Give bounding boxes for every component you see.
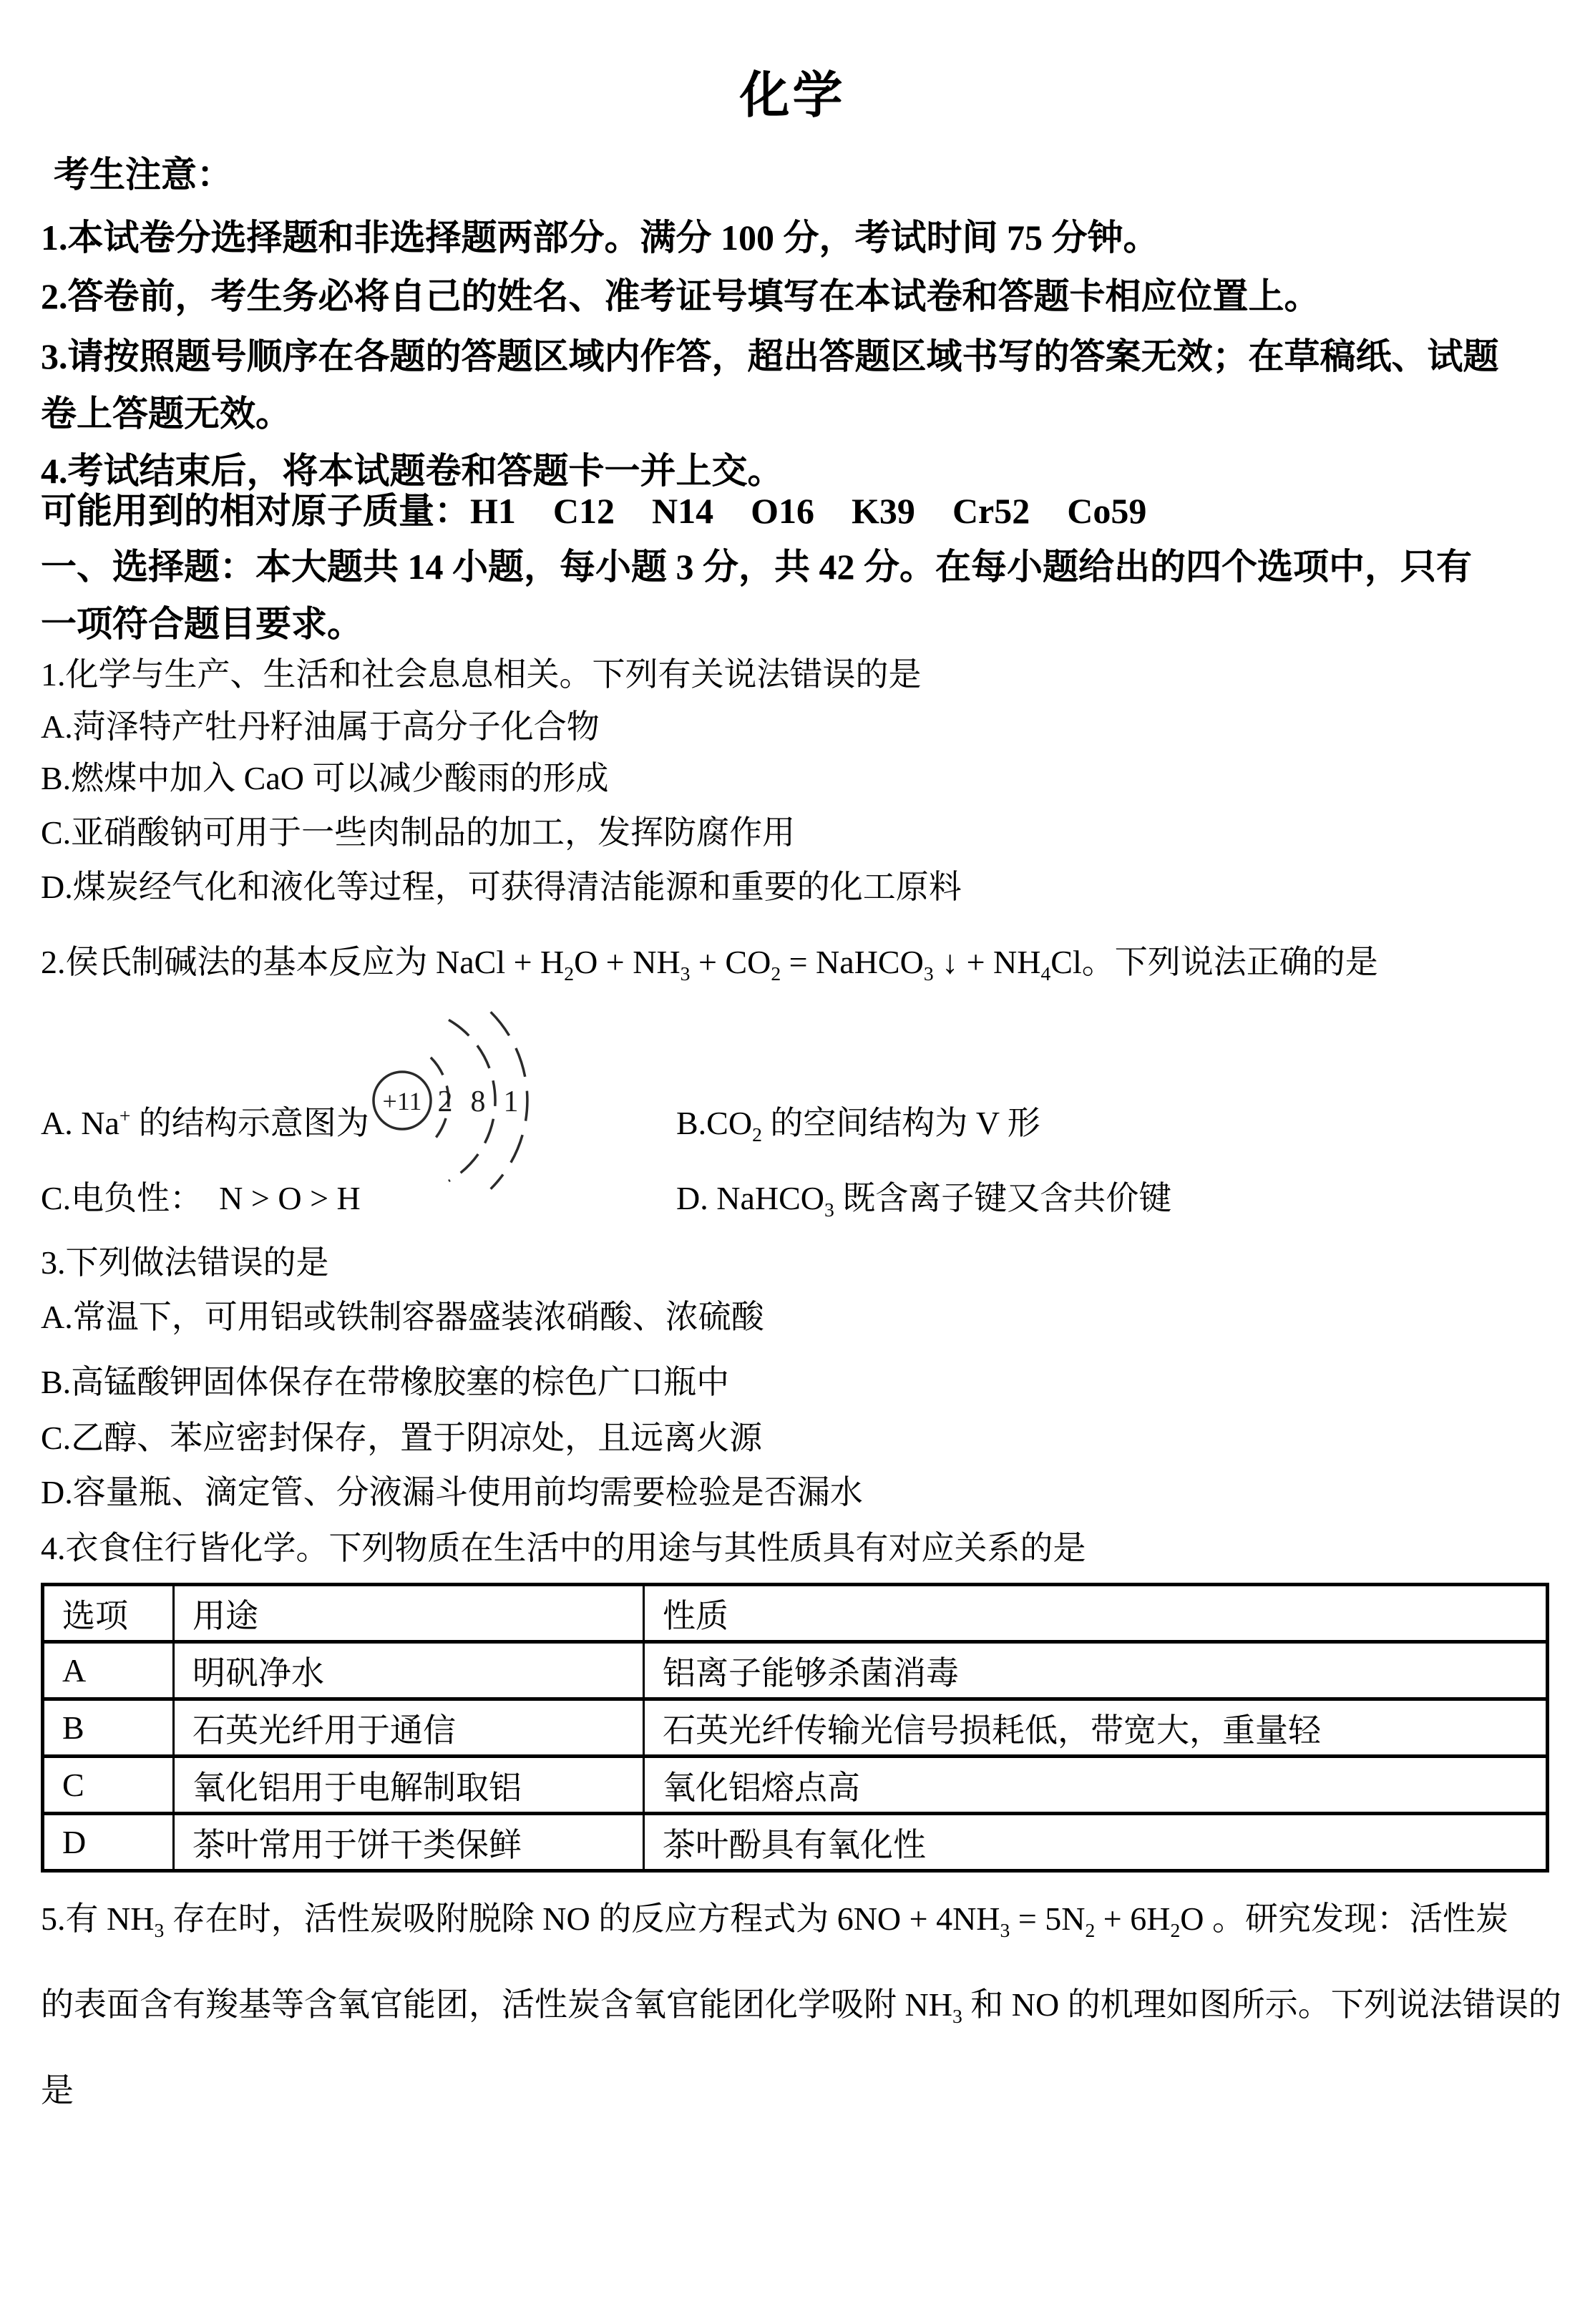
table-header-row: 选项 用途 性质	[43, 1585, 1548, 1642]
atomic-mass-value: O16	[751, 491, 814, 531]
table-cell-usage: 明矾净水	[174, 1642, 644, 1699]
atomic-mass-value: K39	[852, 491, 915, 531]
question-2-option-b: B.CO2 的空间结构为 V 形	[676, 1102, 1040, 1145]
notice-item-1: 1.本试卷分选择题和非选择题两部分。满分 100 分，考试时间 75 分钟。	[41, 215, 1159, 260]
atomic-mass-value: Co59	[1067, 491, 1146, 531]
question-3-option-b: B.高锰酸钾固体保存在带橡胶塞的棕色广口瓶中	[41, 1361, 729, 1404]
table-row: A 明矾净水 铝离子能够杀菌消毒	[43, 1642, 1548, 1699]
question-3-option-a: A.常温下，可用铝或铁制容器盛装浓硝酸、浓硫酸	[41, 1296, 764, 1339]
atomic-structure-diagram: +11 2 8 1	[366, 1007, 538, 1193]
table-row: C 氧化铝用于电解制取铝 氧化铝熔点高	[43, 1757, 1548, 1814]
atomic-masses-label: 可能用到的相对原子质量：	[41, 491, 470, 531]
question-1-option-a: A.菏泽特产牡丹籽油属于高分子化合物	[41, 705, 600, 748]
shell-electron-count-2: 8	[471, 1085, 486, 1118]
nucleus-charge-label: +11	[383, 1087, 422, 1115]
question-5-stem-line-3: 是	[41, 2069, 74, 2112]
notice-item-2: 2.答卷前，考生务必将自己的姓名、准考证号填写在本试卷和答题卡相应位置上。	[41, 273, 1320, 319]
atomic-masses-line: 可能用到的相对原子质量：H1C12N14O16K39Cr52Co59	[41, 488, 1146, 534]
question-2-option-d: D. NaHCO3 既含离子键又含共价键	[676, 1177, 1171, 1220]
question-2-stem: 2.侯氏制碱法的基本反应为 NaCl + H2O + NH3 + CO2 = N…	[41, 941, 1378, 984]
question-1-option-d: D.煤炭经气化和液化等过程，可获得清洁能源和重要的化工原料	[41, 866, 962, 909]
question-3-option-d: D.容量瓶、滴定管、分液漏斗使用前均需要检验是否漏水	[41, 1471, 863, 1514]
table-row: B 石英光纤用于通信 石英光纤传输光信号损耗低，带宽大，重量轻	[43, 1699, 1548, 1757]
notice-item-3-line-1: 3.请按照题号顺序在各题的答题区域内作答，超出答题区域书写的答案无效；在草稿纸、…	[41, 333, 1499, 379]
usage-property-table: 选项 用途 性质 A 明矾净水 铝离子能够杀菌消毒 B 石英光纤用于通信 石英光…	[41, 1583, 1549, 1873]
shell-electron-count-1: 2	[438, 1085, 453, 1118]
notice-item-4: 4.考试结束后，将本试题卷和答题卡一并上交。	[41, 448, 784, 494]
question-3-stem: 3.下列做法错误的是	[41, 1241, 329, 1284]
table-cell-usage: 茶叶常用于饼干类保鲜	[174, 1814, 644, 1871]
atomic-mass-value: H1	[470, 491, 516, 531]
question-5-stem-line-1: 5.有 NH3 存在时，活性炭吸附脱除 NO 的反应方程式为 6NO + 4NH…	[41, 1898, 1508, 1940]
exam-paper-page: 化学 考生注意： 1.本试卷分选择题和非选择题两部分。满分 100 分，考试时间…	[0, 0, 1585, 2324]
table-header-option: 选项	[43, 1585, 174, 1642]
table-header-usage: 用途	[174, 1585, 644, 1642]
notice-item-3-line-2: 卷上答题无效。	[41, 391, 291, 436]
table-header-property: 性质	[644, 1585, 1548, 1642]
question-2-option-c: C.电负性： N > O > H	[41, 1177, 361, 1220]
table-cell-option: C	[43, 1757, 174, 1814]
table-cell-property: 氧化铝熔点高	[644, 1757, 1548, 1814]
question-1-stem: 1.化学与生产、生活和社会息息相关。下列有关说法错误的是	[41, 653, 922, 696]
page-title: 化学	[0, 68, 1585, 125]
table-cell-option: D	[43, 1814, 174, 1871]
question-4-stem: 4.衣食住行皆化学。下列物质在生活中的用途与其性质具有对应关系的是	[41, 1527, 1086, 1570]
table-cell-option: A	[43, 1642, 174, 1699]
shell-electron-count-3: 1	[504, 1085, 519, 1118]
table-cell-property: 铝离子能够杀菌消毒	[644, 1642, 1548, 1699]
table-cell-option: B	[43, 1699, 174, 1757]
table-cell-usage: 氧化铝用于电解制取铝	[174, 1757, 644, 1814]
atomic-mass-value: Cr52	[952, 491, 1030, 531]
notice-header: 考生注意：	[54, 152, 233, 197]
table-cell-property: 茶叶酚具有氧化性	[644, 1814, 1548, 1871]
question-1-option-b: B.燃煤中加入 CaO 可以减少酸雨的形成	[41, 757, 609, 800]
question-3-option-c: C.乙醇、苯应密封保存，置于阴凉处，且远离火源	[41, 1417, 762, 1460]
table-cell-property: 石英光纤传输光信号损耗低，带宽大，重量轻	[644, 1699, 1548, 1757]
atomic-mass-value: N14	[652, 491, 713, 531]
table-row: D 茶叶常用于饼干类保鲜 茶叶酚具有氧化性	[43, 1814, 1548, 1871]
question-2-option-a: A. Na+ 的结构示意图为	[41, 1102, 369, 1145]
atomic-mass-value: C12	[553, 491, 615, 531]
section-1-heading-line-2: 一项符合题目要求。	[41, 601, 363, 647]
question-1-option-c: C.亚硝酸钠可用于一些肉制品的加工，发挥防腐作用	[41, 811, 795, 854]
table-cell-usage: 石英光纤用于通信	[174, 1699, 644, 1757]
question-5-stem-line-2: 的表面含有羧基等含氧官能团，活性炭含氧官能团化学吸附 NH3 和 NO 的机理如…	[41, 1983, 1561, 2026]
section-1-heading-line-1: 一、选择题：本大题共 14 小题，每小题 3 分，共 42 分。在每小题给出的四…	[41, 544, 1472, 590]
